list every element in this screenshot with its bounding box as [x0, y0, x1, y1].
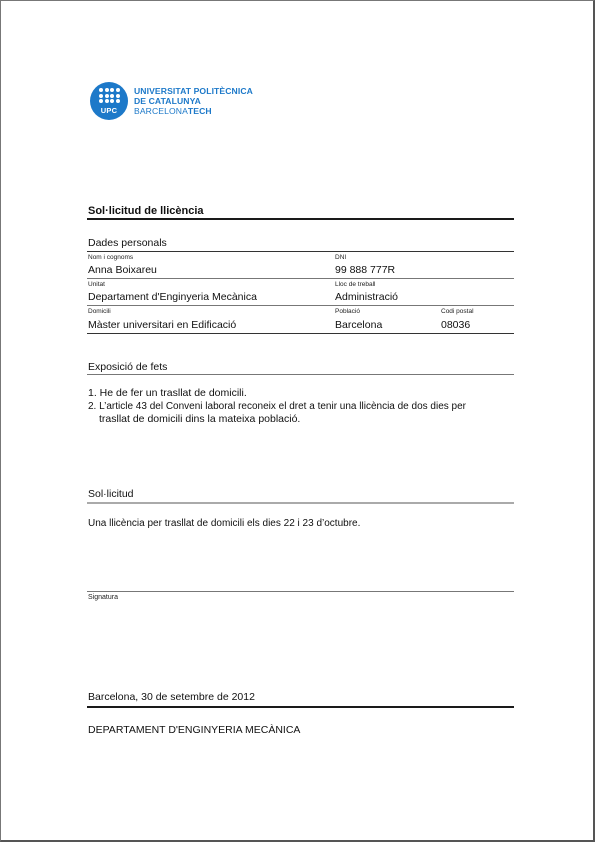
- upc-emblem-icon: UPC: [90, 82, 128, 120]
- logo-line-1: UNIVERSITAT POLITÈCNICA: [134, 86, 253, 96]
- name-label: Nom i cognoms: [88, 254, 133, 261]
- logo-line-3-bold: TECH: [188, 106, 212, 116]
- signature-rule: [87, 591, 514, 592]
- workplace-label: Lloc de treball: [335, 281, 375, 288]
- request-heading-rule: [87, 502, 514, 504]
- place-date-rule: [87, 706, 514, 708]
- town-label: Població: [335, 308, 360, 315]
- postcode-label: Codi postal: [441, 308, 474, 315]
- logo-line-2: DE CATALUNYA: [134, 96, 253, 106]
- personal-heading-rule: [87, 251, 514, 252]
- workplace-value[interactable]: Administració: [335, 291, 398, 303]
- place-date: Barcelona, 30 de setembre de 2012: [88, 691, 255, 703]
- form-title: Sol·licitud de llicència: [88, 205, 204, 217]
- signature-label: Signatura: [88, 594, 118, 601]
- logo-badge-text: UPC: [90, 106, 128, 115]
- logo-dots: [99, 88, 120, 103]
- unit-value[interactable]: Departament d'Enginyeria Mecànica: [88, 291, 257, 303]
- section-personal-heading: Dades personals: [88, 237, 167, 249]
- row-3-rule: [87, 333, 514, 334]
- address-value[interactable]: Màster universitari en Edificació: [88, 319, 236, 331]
- section-facts-heading: Exposició de fets: [88, 361, 167, 373]
- postcode-value[interactable]: 08036: [441, 319, 470, 331]
- address-label: Domicili: [88, 308, 111, 315]
- town-value[interactable]: Barcelona: [335, 319, 382, 331]
- document-page: UPC UNIVERSITAT POLITÈCNICA DE CATALUNYA…: [0, 0, 595, 842]
- logo-line-3: BARCELONATECH: [134, 106, 253, 116]
- facts-heading-rule: [87, 374, 514, 375]
- unit-label: Unitat: [88, 281, 105, 288]
- request-text: Una llicència per trasllat de domicili e…: [88, 518, 360, 529]
- fact-item-2: 2. L’article 43 del Conveni laboral reco…: [88, 400, 466, 413]
- name-value[interactable]: Anna Boixareu: [88, 264, 157, 276]
- row-2-rule: [87, 305, 514, 306]
- fact-item-1: 1. He de fer un trasllat de domicili.: [88, 387, 247, 400]
- row-1-rule: [87, 278, 514, 279]
- section-request-heading: Sol·licitud: [88, 488, 134, 500]
- recipient-department: DEPARTAMENT D'ENGINYERIA MECÀNICA: [88, 724, 300, 736]
- dni-value[interactable]: 99 888 777R: [335, 264, 395, 276]
- dni-label: DNI: [335, 254, 346, 261]
- logo-line-3-regular: BARCELONA: [134, 106, 188, 116]
- fact-item-2-continued: trasllat de domicili dins la mateixa pob…: [99, 413, 300, 426]
- upc-logo: UPC UNIVERSITAT POLITÈCNICA DE CATALUNYA…: [90, 82, 253, 120]
- title-rule: [87, 218, 514, 220]
- logo-wordmark: UNIVERSITAT POLITÈCNICA DE CATALUNYA BAR…: [134, 86, 253, 116]
